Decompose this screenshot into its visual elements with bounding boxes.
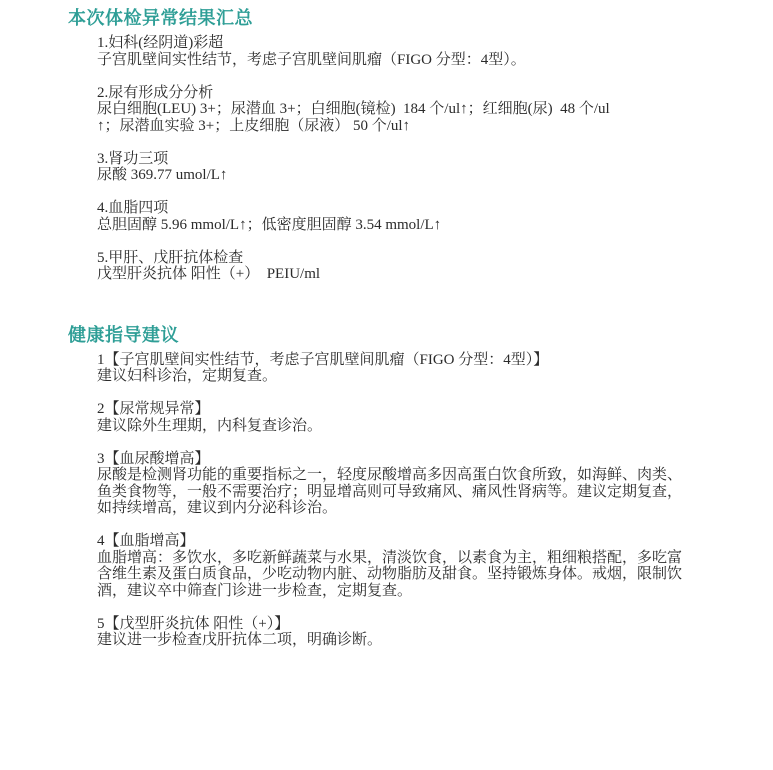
advice-item-heading: 3【血尿酸增高】 [97, 451, 711, 468]
summary-item-heading: 4.血脂四项 [97, 200, 711, 217]
health-advice-title: 健康指导建议 [68, 325, 773, 346]
advice-item-heading: 2【尿常规异常】 [97, 401, 711, 418]
health-advice-content: 1【子宫肌壁间实性结节，考虑子宫肌壁间肌瘤（FIGO 分型：4型）】 建议妇科诊… [97, 352, 711, 649]
summary-item: 3.肾功三项 尿酸 369.77 umol/L↑ [97, 151, 711, 184]
summary-item-heading: 2.尿有形成分分析 [97, 85, 711, 102]
advice-item-heading: 5【戊型肝炎抗体 阳性（+）】 [97, 616, 711, 633]
health-report-page: 本次体检异常结果汇总 1.妇科(经阴道)彩超 子宫肌壁间实性结节，考虑子宫肌壁间… [0, 0, 773, 770]
advice-item-body: 建议除外生理期，内科复查诊治。 [97, 418, 711, 435]
abnormal-results-section: 本次体检异常结果汇总 1.妇科(经阴道)彩超 子宫肌壁间实性结节，考虑子宫肌壁间… [0, 8, 773, 283]
summary-item-heading: 5.甲肝、戊肝抗体检查 [97, 250, 711, 267]
advice-item-heading: 1【子宫肌壁间实性结节，考虑子宫肌壁间肌瘤（FIGO 分型：4型）】 [97, 352, 711, 369]
advice-item-body: 尿酸是检测肾功能的重要指标之一，轻度尿酸增高多因高蛋白饮食所致，如海鲜、肉类、 … [97, 467, 711, 517]
advice-item-body: 建议妇科诊治，定期复查。 [97, 368, 711, 385]
advice-item: 1【子宫肌壁间实性结节，考虑子宫肌壁间肌瘤（FIGO 分型：4型）】 建议妇科诊… [97, 352, 711, 385]
advice-item-heading: 4【血脂增高】 [97, 533, 711, 550]
advice-item: 3【血尿酸增高】 尿酸是检测肾功能的重要指标之一，轻度尿酸增高多因高蛋白饮食所致… [97, 451, 711, 517]
advice-item: 4【血脂增高】 血脂增高：多饮水，多吃新鲜蔬菜与水果，清淡饮食，以素食为主，粗细… [97, 533, 711, 599]
summary-item-body: 子宫肌壁间实性结节，考虑子宫肌壁间肌瘤（FIGO 分型：4型）。 [97, 52, 711, 69]
abnormal-results-title: 本次体检异常结果汇总 [68, 8, 773, 29]
summary-item: 4.血脂四项 总胆固醇 5.96 mmol/L↑；低密度胆固醇 3.54 mmo… [97, 200, 711, 233]
summary-item-body: 尿白细胞(LEU) 3+；尿潜血 3+；白细胞(镜检) 184 个/ul↑；红细… [97, 101, 711, 134]
summary-item: 1.妇科(经阴道)彩超 子宫肌壁间实性结节，考虑子宫肌壁间肌瘤（FIGO 分型：… [97, 35, 711, 68]
abnormal-results-content: 1.妇科(经阴道)彩超 子宫肌壁间实性结节，考虑子宫肌壁间肌瘤（FIGO 分型：… [97, 35, 711, 283]
health-advice-section: 健康指导建议 1【子宫肌壁间实性结节，考虑子宫肌壁间肌瘤（FIGO 分型：4型）… [0, 325, 773, 649]
summary-item-body: 总胆固醇 5.96 mmol/L↑；低密度胆固醇 3.54 mmol/L↑ [97, 217, 711, 234]
summary-item-body: 戊型肝炎抗体 阳性（+） PEIU/ml [97, 266, 711, 283]
summary-item-body: 尿酸 369.77 umol/L↑ [97, 167, 711, 184]
summary-item-heading: 3.肾功三项 [97, 151, 711, 168]
summary-item-heading: 1.妇科(经阴道)彩超 [97, 35, 711, 52]
summary-item: 2.尿有形成分分析 尿白细胞(LEU) 3+；尿潜血 3+；白细胞(镜检) 18… [97, 85, 711, 135]
advice-item-body: 建议进一步检查戊肝抗体二项，明确诊断。 [97, 632, 711, 649]
advice-item: 5【戊型肝炎抗体 阳性（+）】 建议进一步检查戊肝抗体二项，明确诊断。 [97, 616, 711, 649]
summary-item: 5.甲肝、戊肝抗体检查 戊型肝炎抗体 阳性（+） PEIU/ml [97, 250, 711, 283]
advice-item-body: 血脂增高：多饮水，多吃新鲜蔬菜与水果，清淡饮食，以素食为主，粗细粮搭配，多吃富 … [97, 550, 711, 600]
advice-item: 2【尿常规异常】 建议除外生理期，内科复查诊治。 [97, 401, 711, 434]
